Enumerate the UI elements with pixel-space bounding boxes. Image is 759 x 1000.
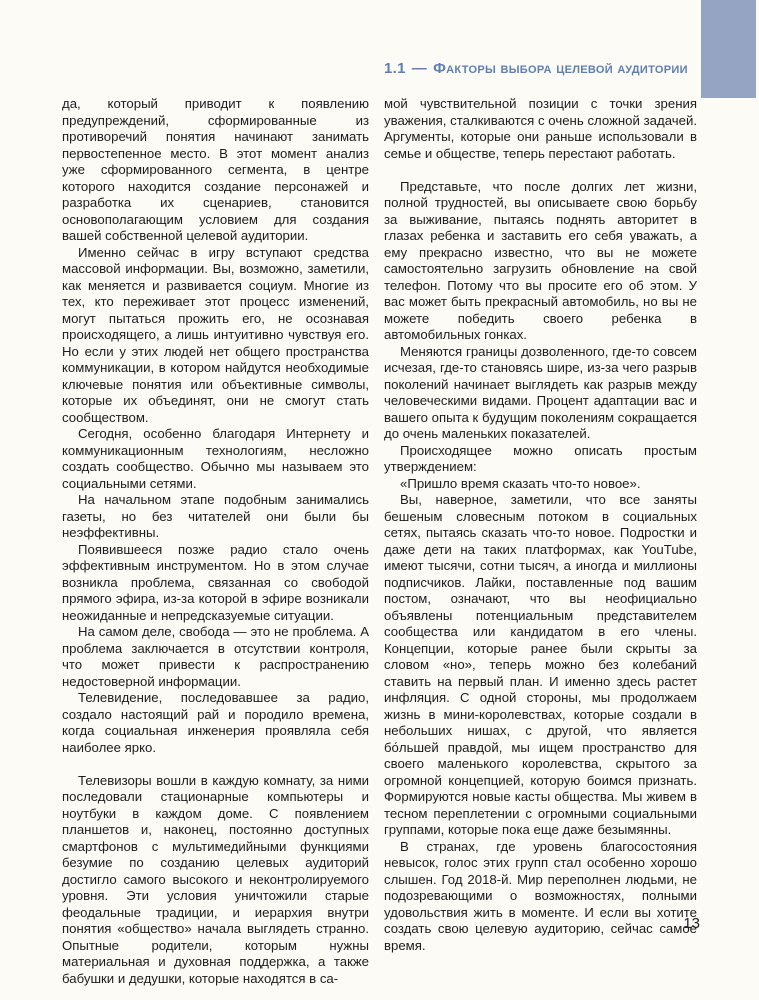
left-column: да, который приводит к появлению предупр… — [62, 96, 369, 987]
paragraph: На начальном этапе подобным занимались г… — [62, 492, 369, 542]
page-number: 13 — [660, 915, 700, 932]
section-title: Факторы выбора целевой аудитории — [433, 60, 688, 77]
corner-decoration-block — [701, 0, 756, 98]
paragraph: да, который приводит к появлению предупр… — [62, 96, 369, 245]
paragraph: Меняются границы дозволенного, где-то со… — [384, 344, 697, 443]
section-separator: — — [406, 60, 433, 77]
paragraph: Представьте, что после долгих лет жизни,… — [384, 179, 697, 344]
paragraph: В странах, где уровень благосостояния не… — [384, 839, 697, 955]
right-column: мой чувствительной позиции с точки зрени… — [384, 96, 697, 954]
paragraph: Сегодня, особенно благодаря Интернету и … — [62, 426, 369, 492]
paragraph: Именно сейчас в игру вступают средства м… — [62, 245, 369, 427]
paragraph: На самом деле, свобода — это не проблема… — [62, 624, 369, 690]
paragraph: Телевизоры вошли в каждую комнату, за ни… — [62, 773, 369, 988]
book-page: { "header": { "section_number": "1.1", "… — [0, 0, 759, 1000]
section-number: 1.1 — [384, 60, 406, 77]
paragraph: Вы, наверное, заметили, что все заняты б… — [384, 492, 697, 839]
section-header: 1.1—Факторы выбора целевой аудитории — [384, 60, 697, 77]
paragraph: Появившееся позже радио стало очень эффе… — [62, 542, 369, 625]
paragraph: Происходящее можно описать простым утвер… — [384, 443, 697, 476]
paragraph: «Пришло время сказать что-то новое». — [384, 476, 697, 493]
paragraph: мой чувствительной позиции с точки зрени… — [384, 96, 697, 162]
paragraph: Телевидение, последовавшее за радио, соз… — [62, 690, 369, 756]
